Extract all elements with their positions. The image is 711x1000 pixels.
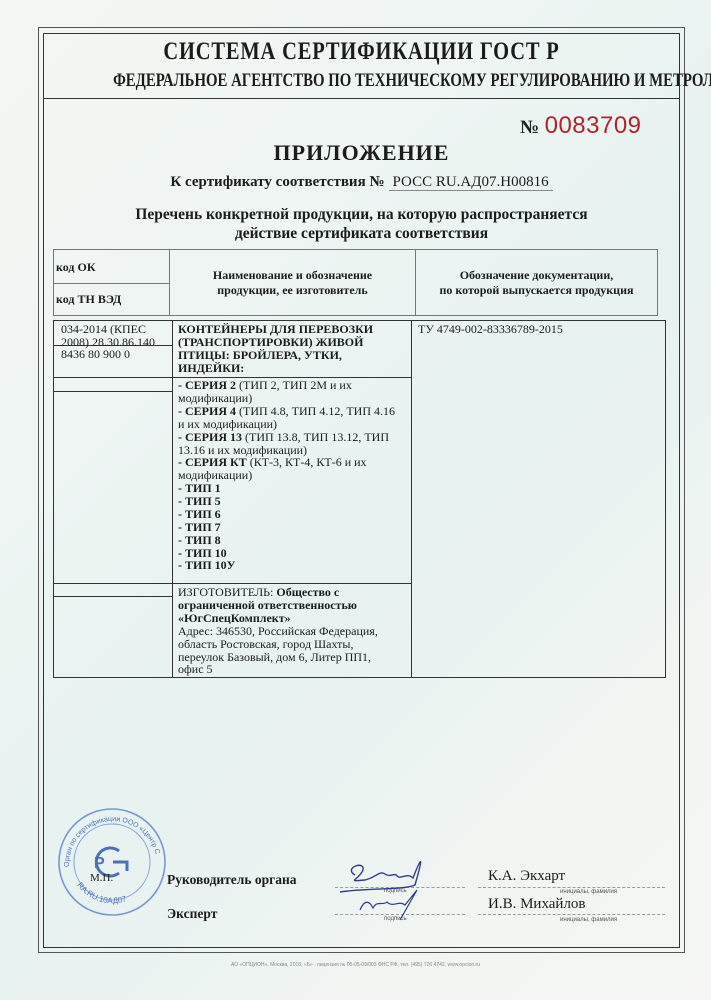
product-name-header-line1: Наименование и обозначение [170, 268, 415, 283]
system-title: СИСТЕМА СЕРТИФИКАЦИИ ГОСТ Р [100, 38, 622, 66]
product-title-line: ИНДЕЙКИ: [178, 362, 373, 375]
head-role-label: Руководитель органа [167, 872, 297, 888]
svg-text:P: P [94, 855, 105, 872]
type-item: - ТИП 7 [178, 521, 235, 534]
series-detail: (ТИП 13.8, ТИП 13.12, ТИП [242, 430, 389, 444]
code-tn-header: код ТН ВЭД [54, 284, 169, 307]
serial-number: № 0083709 [520, 112, 642, 140]
type-item: - ТИП 8 [178, 534, 235, 547]
types-list: - ТИП 1- ТИП 5- ТИП 6- ТИП 7- ТИП 8- ТИП… [178, 482, 235, 572]
certificate-number: РОСС RU.АД07.Н00816 [389, 174, 553, 191]
type-item: - ТИП 10У [178, 559, 235, 572]
row-divider [54, 596, 172, 597]
series-detail: (ТИП 2, ТИП 2М и их [236, 378, 352, 392]
manufacturer-cell: ИЗГОТОВИТЕЛЬ: Общество с ограниченной от… [178, 586, 378, 676]
address-line: офис 5 [178, 663, 378, 676]
series-name: - СЕРИЯ 4 [178, 404, 236, 418]
code-ok-line1: 034-2014 (КПЕС [61, 323, 155, 336]
code-tn-cell: 8436 80 900 0 [61, 348, 130, 361]
manufacturer-name-line3: «ЮгСпецКомплект» [178, 612, 378, 625]
name-caption: инициалы, фамилия [560, 917, 617, 923]
documentation-cell: ТУ 4749-002-83336789-2015 [418, 323, 563, 336]
manufacturer-name-line1: Общество с [276, 585, 339, 599]
series-name: - СЕРИЯ 2 [178, 378, 236, 392]
agency-name: ФЕДЕРАЛЬНОЕ АГЕНТСТВО ПО ТЕХНИЧЕСКОМУ РЕ… [113, 70, 610, 92]
expert-role-label: Эксперт [167, 906, 217, 922]
certification-stamp-icon: Орган по сертификации ООО «Центр Сертифи… [57, 807, 167, 917]
series-list: - СЕРИЯ 2 (ТИП 2, ТИП 2М и ихмодификации… [178, 379, 395, 482]
name-caption: инициалы, фамилия [560, 889, 617, 895]
product-title-line: ПТИЦЫ: БРОЙЛЕРА, УТКИ, [178, 349, 373, 362]
code-ok-header: код ОК [54, 250, 169, 284]
number-sign: № [520, 117, 539, 138]
manufacturer-address: Адрес: 346530, Российская Федерация,обла… [178, 625, 378, 677]
name-line [478, 887, 665, 888]
type-item: - ТИП 5 [178, 495, 235, 508]
series-detail: (КТ-3, КТ-4, КТ-6 и их [247, 455, 367, 469]
product-title-line: (ТРАНСПОРТИРОВКИ) ЖИВОЙ [178, 336, 373, 349]
certificate-label: К сертификату соответствия № [170, 174, 384, 190]
series-item: - СЕРИЯ 13 (ТИП 13.8, ТИП 13.12, ТИП [178, 431, 395, 444]
stamp-place-label: М.П. [90, 872, 113, 884]
type-item: - ТИП 1 [178, 482, 235, 495]
column-divider [172, 321, 173, 677]
list-title-line2: действие сертификата соответствия [43, 224, 680, 243]
product-name-header: Наименование и обозначение продукции, ее… [170, 250, 416, 315]
row-divider [54, 583, 411, 584]
list-title: Перечень конкретной продукции, на котору… [43, 205, 680, 243]
column-divider [411, 321, 412, 677]
head-name: К.А. Экхарт [488, 868, 565, 885]
product-title-cell: КОНТЕЙНЕРЫ ДЛЯ ПЕРЕВОЗКИ(ТРАНСПОРТИРОВКИ… [178, 323, 373, 375]
codes-header-column: код ОК код ТН ВЭД [54, 250, 170, 315]
documentation-header-line1: Обозначение документации, [416, 268, 657, 283]
product-name-header-line2: продукции, ее изготовитель [170, 283, 415, 298]
certificate-reference: К сертификату соответствия №РОСС RU.АД07… [43, 174, 680, 191]
name-line [478, 914, 665, 915]
type-item: - ТИП 6 [178, 508, 235, 521]
svg-text:Орган по сертификации ООО «Цен: Орган по сертификации ООО «Центр Сертифи… [57, 807, 161, 867]
printer-footer: АО «ОПЦИОН», Москва, 2018, «Б» . лицензи… [0, 962, 711, 968]
series-item: - СЕРИЯ 2 (ТИП 2, ТИП 2М и их [178, 379, 395, 392]
series-item: - СЕРИЯ 4 (ТИП 4.8, ТИП 4.12, ТИП 4.16 [178, 405, 395, 418]
series-name: - СЕРИЯ 13 [178, 430, 242, 444]
table-header: код ОК код ТН ВЭД Наименование и обознач… [53, 249, 658, 316]
product-title-line: КОНТЕЙНЕРЫ ДЛЯ ПЕРЕВОЗКИ [178, 323, 373, 336]
code-ok-cell: 034-2014 (КПЕС 2008) 28.30.86.140 [61, 323, 155, 349]
product-table: 034-2014 (КПЕС 2008) 28.30.86.140 8436 8… [53, 320, 666, 678]
series-name: - СЕРИЯ КТ [178, 455, 247, 469]
expert-name: И.В. Михайлов [488, 896, 586, 913]
svg-text:RA.RU.10АД07: RA.RU.10АД07 [75, 881, 128, 906]
address-line: область Ростовская, город Шахты, [178, 638, 378, 651]
serial-value: 0083709 [545, 112, 642, 139]
page-title: ПРИЛОЖЕНИЕ [43, 140, 680, 166]
manufacturer-name-line2: ограниченной ответственностью [178, 599, 378, 612]
row-divider [54, 391, 172, 392]
documentation-header-line2: по которой выпускается продукция [416, 283, 657, 298]
list-title-line1: Перечень конкретной продукции, на котору… [43, 205, 680, 224]
signature-icon [335, 850, 445, 930]
header-divider [43, 98, 680, 99]
manufacturer-label: ИЗГОТОВИТЕЛЬ: [178, 585, 276, 599]
address-line: Адрес: 346530, Российская Федерация, [178, 625, 378, 638]
series-detail: (ТИП 4.8, ТИП 4.12, ТИП 4.16 [236, 404, 395, 418]
